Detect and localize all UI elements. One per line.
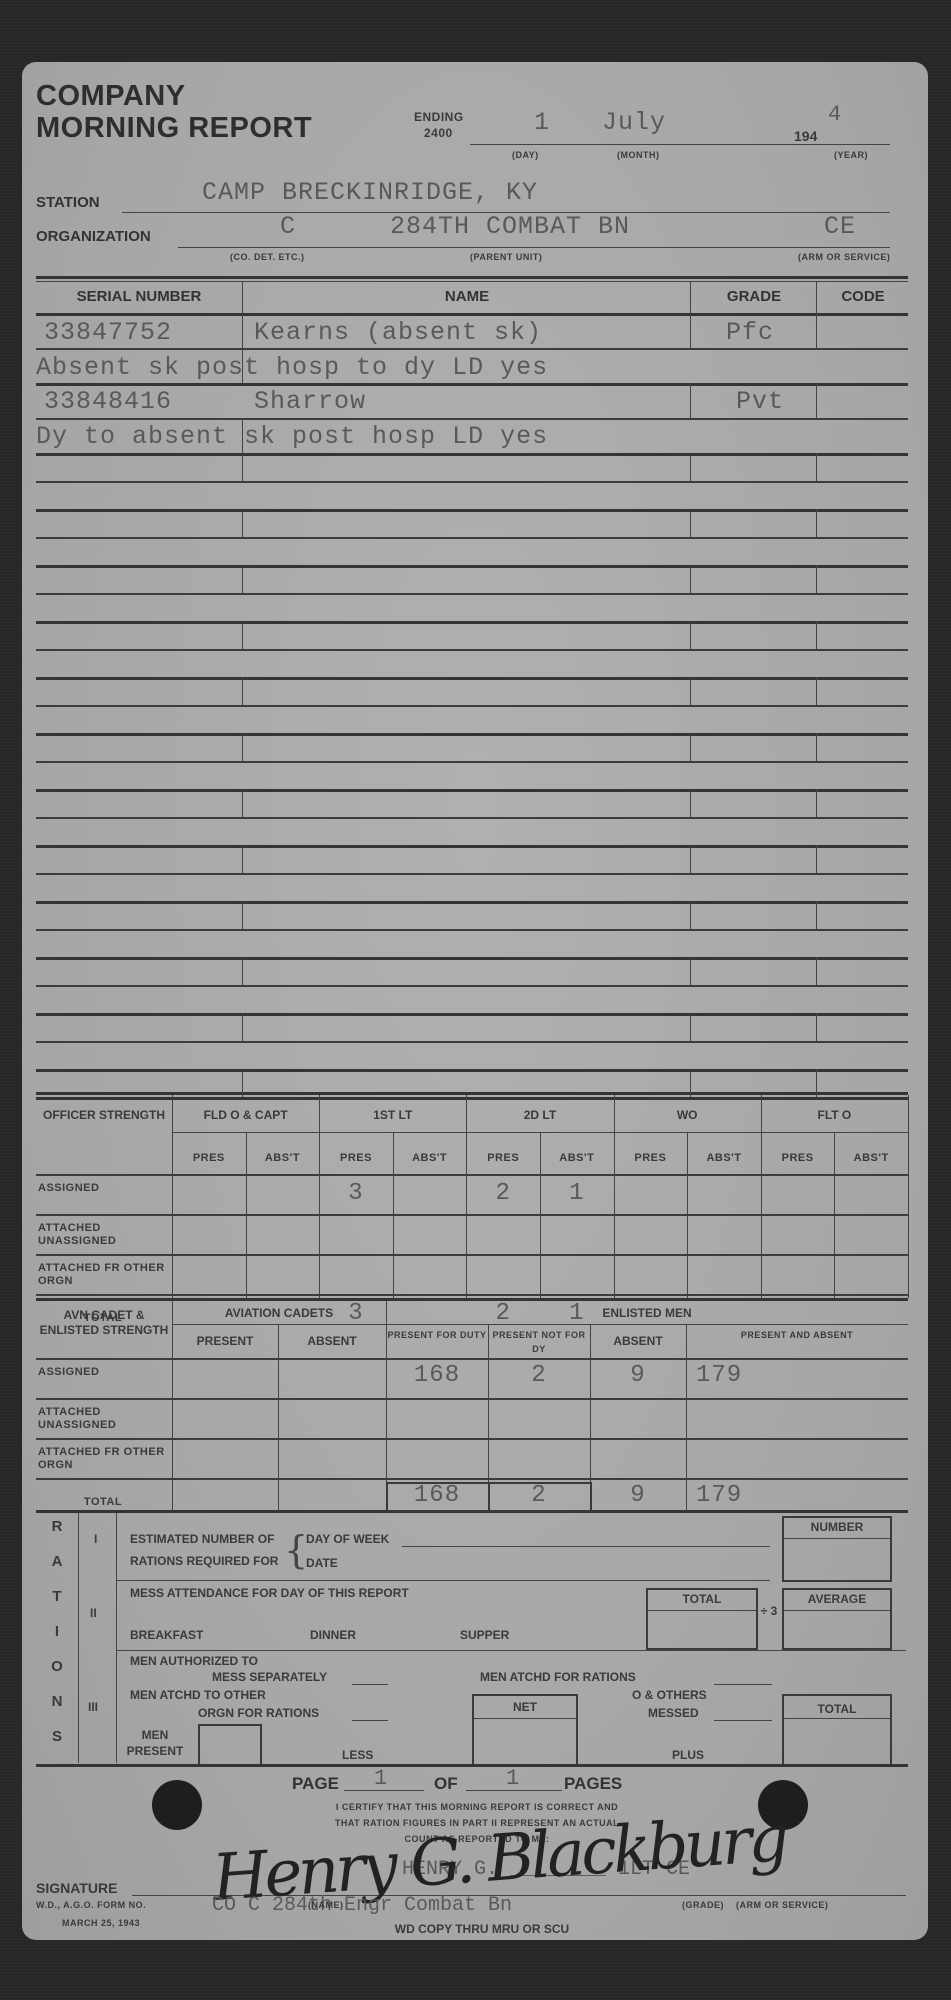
station-value[interactable]: CAMP BRECKINRIDGE, KY (202, 178, 538, 207)
col-divider (242, 418, 243, 453)
day-of-week-line (402, 1546, 770, 1547)
row-divider (36, 845, 908, 848)
men-auth-line (352, 1684, 388, 1685)
officer-group-header: WO (614, 1108, 761, 1122)
rations-divider (116, 1513, 117, 1763)
organization-underline (178, 247, 890, 248)
officer-group-header: FLD O & CAPT (172, 1108, 319, 1122)
part1-text2: RATIONS REQUIRED FOR (130, 1554, 278, 1568)
brace: { (284, 1528, 308, 1572)
officer-sub-header: PRES (466, 1152, 540, 1164)
o-others-line2: MESSED (648, 1706, 699, 1720)
net-box-divider (474, 1718, 576, 1719)
form-title-line1: COMPANY (36, 80, 186, 112)
enlisted-row-label: ATTACHED FR OTHER ORGN (38, 1446, 168, 1472)
signature-label: SIGNATURE (36, 1880, 117, 1896)
total3-box-divider (784, 1718, 890, 1719)
col-divider (690, 621, 691, 649)
enlisted-cell[interactable]: 179 (696, 1482, 918, 1509)
date-underline (470, 144, 890, 145)
officer-strength-title: OFFICER STRENGTH (36, 1108, 172, 1123)
officer-section-top (36, 1092, 908, 1095)
col-divider (690, 733, 691, 761)
row-divider (36, 873, 908, 875)
year-caption: (YEAR) (834, 150, 868, 160)
enlisted-cell[interactable]: 9 (590, 1482, 686, 1509)
enlisted-row-label: ATTACHED UNASSIGNED (38, 1406, 168, 1432)
row-divider (36, 348, 908, 350)
grid-line (36, 1438, 908, 1440)
of-label: OF (434, 1774, 458, 1794)
col-divider (816, 677, 817, 705)
officer-sub-header: PRES (761, 1152, 835, 1164)
officer-sub-header: ABS'T (246, 1152, 320, 1164)
certify-line1: I CERTIFY THAT THIS MORNING REPORT IS CO… (242, 1802, 712, 1812)
col-divider (816, 453, 817, 481)
row-divider (36, 649, 908, 651)
officer-row-label: ATTACHED UNASSIGNED (38, 1222, 168, 1248)
date-label: DATE (306, 1556, 338, 1570)
col-divider (242, 677, 243, 705)
grid-line (36, 1478, 908, 1480)
grid-line (36, 1214, 908, 1216)
entry-1-remark[interactable]: Absent sk post hosp to dy LD yes (36, 353, 548, 382)
men-auth-line1: MEN AUTHORIZED TO (130, 1654, 258, 1668)
col-divider (242, 509, 243, 537)
enlisted-col-header: PRESENT AND ABSENT (686, 1328, 908, 1342)
col-divider (242, 565, 243, 593)
row-divider (36, 733, 908, 736)
form-line1: W.D., A.G.O. FORM NO. (36, 1900, 146, 1910)
month-caption: (MONTH) (617, 150, 660, 160)
divide-by-three: ÷ 3 (758, 1602, 780, 1620)
grid-line (172, 1324, 908, 1325)
arm-service-caption: (ARM OR SERVICE) (736, 1900, 828, 1910)
row-divider (36, 957, 908, 960)
col-divider (816, 383, 817, 418)
row-divider (36, 593, 908, 595)
pages-label: PAGES (564, 1774, 622, 1794)
row-divider (36, 1097, 908, 1100)
officer-sub-header: PRES (172, 1152, 246, 1164)
col-divider (816, 789, 817, 817)
day-value[interactable]: 1 (534, 108, 550, 137)
rations-section-bottom (36, 1764, 908, 1767)
men-atchd-other-line2: ORGN FOR RATIONS (198, 1706, 319, 1720)
grid-line (36, 1398, 908, 1400)
total3-label: TOTAL (784, 1702, 890, 1716)
typed-unit: CO C 284th Engr Combat Bn (212, 1894, 512, 1917)
col-divider (690, 957, 691, 985)
rations-side-letter: O (36, 1658, 78, 1675)
col-divider (690, 789, 691, 817)
number-label: NUMBER (784, 1520, 890, 1534)
col-divider (242, 1069, 243, 1097)
col-divider (816, 1069, 817, 1097)
col-divider (690, 509, 691, 537)
breakfast-label[interactable]: BREAKFAST (130, 1628, 203, 1642)
ending-label: ENDING (414, 110, 464, 124)
col-divider (816, 957, 817, 985)
col-code: CODE (818, 288, 908, 305)
parent-unit-value[interactable]: 284TH COMBAT BN (390, 212, 630, 241)
rations-side-letter: R (36, 1518, 78, 1535)
less-label: LESS (342, 1748, 373, 1762)
plus-label: PLUS (672, 1748, 704, 1762)
grid-line (36, 1254, 908, 1256)
row-divider (36, 817, 908, 819)
col-divider (816, 565, 817, 593)
part3-numeral: III (88, 1700, 98, 1714)
grade-caption: (GRADE) (682, 1900, 724, 1910)
entry-1-serial[interactable]: 33847752 (44, 318, 172, 347)
grid-line (686, 1324, 687, 1510)
part-divider (116, 1580, 770, 1581)
row-divider (36, 1041, 908, 1043)
row-divider (36, 383, 908, 386)
col-divider (690, 677, 691, 705)
officer-row-label: ATTACHED FR OTHER ORGN (38, 1262, 168, 1288)
officer-group-header: 1ST LT (319, 1108, 466, 1122)
col-divider (242, 845, 243, 873)
year-value[interactable]: 4 (828, 102, 842, 127)
pages-value[interactable]: 1 (506, 1766, 519, 1791)
part2-numeral: II (90, 1606, 97, 1620)
col-divider (690, 453, 691, 481)
number-box-divider (784, 1538, 890, 1539)
row-divider (36, 677, 908, 680)
row-divider (36, 509, 908, 512)
page-value[interactable]: 1 (374, 1766, 387, 1791)
col-divider (816, 901, 817, 929)
organization-label: ORGANIZATION (36, 228, 151, 245)
col-divider (816, 621, 817, 649)
col-divider (242, 1013, 243, 1041)
officer-sub-header: ABS'T (834, 1152, 908, 1164)
enlisted-cell[interactable]: 168 (386, 1362, 488, 1389)
enlisted-cell[interactable]: 179 (696, 1362, 918, 1389)
total-box-divider (648, 1610, 756, 1611)
rations-side-letter: T (36, 1588, 78, 1605)
col-divider (242, 789, 243, 817)
company-value[interactable]: C (280, 212, 296, 241)
row-divider (36, 901, 908, 904)
enlisted-col-header: ABSENT (590, 1334, 686, 1348)
col-divider (690, 383, 691, 418)
col-grade: GRADE (692, 288, 816, 305)
aviation-cadets-header: AVIATION CADETS (172, 1306, 386, 1320)
officer-sub-header: ABS'T (687, 1152, 761, 1164)
officer-group-header: FLT O (761, 1108, 908, 1122)
enlisted-cell[interactable]: 2 (488, 1362, 590, 1389)
col-divider (816, 509, 817, 537)
row-divider (36, 537, 908, 539)
day-caption: (DAY) (512, 150, 539, 160)
row-divider (36, 985, 908, 987)
col-divider (816, 733, 817, 761)
officer-row-label: TOTAL (38, 1312, 168, 1325)
enlisted-col-header: PRESENT FOR DUTY (386, 1328, 488, 1342)
grid-line (908, 1095, 909, 1298)
total-present-not-duty-box (488, 1482, 592, 1512)
entry-1-name[interactable]: Kearns (absent sk) (254, 318, 542, 347)
station-label: STATION (36, 194, 100, 211)
grid-line (614, 1095, 615, 1298)
grid-line (278, 1324, 279, 1510)
header-bottom-border (36, 313, 908, 316)
row-divider (36, 1013, 908, 1016)
table-top-border-inner (36, 281, 908, 282)
men-present-line1: MEN (118, 1728, 192, 1743)
grid-line (761, 1095, 762, 1298)
enlisted-row-label: TOTAL (38, 1496, 168, 1509)
arm-caption: (ARM OR SERVICE) (798, 252, 890, 262)
col-divider (242, 281, 243, 383)
row-divider (36, 621, 908, 624)
wd-copy-label: WD COPY THRU MRU OR SCU (282, 1922, 682, 1936)
col-divider (690, 565, 691, 593)
men-atchd-rations-line (714, 1684, 772, 1685)
officer-cell[interactable]: 3 (319, 1180, 393, 1207)
rations-side-letter: I (36, 1623, 78, 1640)
grid-line (36, 1174, 908, 1176)
col-divider (816, 845, 817, 873)
row-divider (36, 418, 908, 420)
officer-sub-header: ABS'T (540, 1152, 614, 1164)
col-divider (690, 901, 691, 929)
form-title-line2: MORNING REPORT (36, 112, 312, 144)
col-divider (690, 1069, 691, 1097)
men-atchd-other-line (352, 1720, 388, 1721)
enlisted-col-header: ABSENT (278, 1334, 386, 1348)
form-line2: MARCH 25, 1943 (62, 1918, 140, 1928)
entry-2-name[interactable]: Sharrow (254, 387, 366, 416)
row-divider (36, 929, 908, 931)
officer-sub-header: ABS'T (393, 1152, 467, 1164)
dinner-label[interactable]: DINNER (310, 1628, 356, 1642)
parent-unit-caption: (PARENT UNIT) (470, 252, 542, 262)
officer-sub-header: PRES (319, 1152, 393, 1164)
col-divider (690, 1013, 691, 1041)
men-present-box[interactable] (198, 1724, 262, 1766)
part1-numeral: I (94, 1532, 97, 1546)
row-divider (36, 789, 908, 792)
row-divider (36, 453, 908, 456)
o-others-line (714, 1720, 772, 1721)
morning-report-form: COMPANY MORNING REPORT ENDING 2400 1 (DA… (22, 62, 928, 1940)
grid-line (36, 1358, 908, 1360)
average-box-divider (784, 1610, 890, 1611)
punch-hole-left (152, 1780, 202, 1830)
supper-label[interactable]: SUPPER (460, 1628, 509, 1642)
row-divider (36, 705, 908, 707)
officer-cell[interactable]: 2 (466, 1180, 540, 1207)
rations-side-letter: N (36, 1693, 78, 1710)
officer-row-label: ASSIGNED (38, 1182, 168, 1195)
col-divider (690, 845, 691, 873)
col-name: NAME (244, 288, 690, 305)
part-divider (116, 1650, 906, 1651)
day-of-week-label: DAY OF WEEK (306, 1532, 389, 1546)
col-divider (242, 901, 243, 929)
men-auth-line2: MESS SEPARATELY (212, 1670, 327, 1684)
company-caption: (CO. DET. ETC.) (230, 252, 305, 262)
entry-2-grade[interactable]: Pvt (736, 387, 784, 416)
mess-attendance-label: MESS ATTENDANCE FOR DAY OF THIS REPORT (130, 1586, 409, 1600)
enlisted-men-header: ENLISTED MEN (386, 1306, 908, 1320)
arm-value[interactable]: CE (824, 212, 856, 241)
men-present-line2: PRESENT (118, 1744, 192, 1758)
col-divider (690, 281, 691, 348)
entry-1-grade[interactable]: Pfc (726, 318, 774, 347)
enlisted-col-header: PRESENT NOT FOR DY (488, 1328, 590, 1356)
enlisted-cell[interactable]: 9 (590, 1362, 686, 1389)
total-present-duty-box (386, 1482, 490, 1512)
officer-group-header: 2D LT (466, 1108, 613, 1122)
enlisted-col-header: PRESENT (172, 1334, 278, 1348)
col-divider (816, 281, 817, 348)
col-divider (242, 733, 243, 761)
table-top-border (36, 276, 908, 279)
rations-side-letter: A (36, 1553, 78, 1570)
col-divider (242, 621, 243, 649)
ending-time: 2400 (424, 126, 453, 140)
row-divider (36, 1069, 908, 1072)
men-atchd-rations-label: MEN ATCHD FOR RATIONS (480, 1670, 636, 1684)
net-label: NET (474, 1700, 576, 1714)
col-serial-number: SERIAL NUMBER (36, 288, 242, 305)
row-divider (36, 761, 908, 763)
enlisted-row-label: ASSIGNED (38, 1366, 168, 1379)
col-divider (242, 453, 243, 481)
col-divider (242, 957, 243, 985)
name-caption: (NAME) (308, 1900, 344, 1910)
grid-line (36, 1294, 908, 1296)
entry-2-remark[interactable]: Dy to absent sk post hosp LD yes (36, 422, 548, 451)
year-prefix: 194 (794, 128, 817, 144)
row-divider (36, 565, 908, 568)
part1-text1: ESTIMATED NUMBER OF (130, 1532, 274, 1546)
officer-sub-header: PRES (614, 1152, 688, 1164)
officer-cell[interactable]: 1 (540, 1180, 614, 1207)
average-label: AVERAGE (784, 1592, 890, 1606)
rations-side-letter: S (36, 1728, 78, 1745)
o-others-line1: O & OTHERS (632, 1688, 707, 1702)
row-divider (36, 481, 908, 483)
men-atchd-other-line1: MEN ATCHD TO OTHER (130, 1688, 266, 1702)
page-label: PAGE (292, 1774, 339, 1794)
grid-line (172, 1095, 173, 1298)
rations-divider (78, 1513, 79, 1763)
month-value[interactable]: July (602, 108, 666, 137)
total-label: TOTAL (648, 1592, 756, 1606)
col-divider (816, 1013, 817, 1041)
entry-2-serial[interactable]: 33848416 (44, 387, 172, 416)
